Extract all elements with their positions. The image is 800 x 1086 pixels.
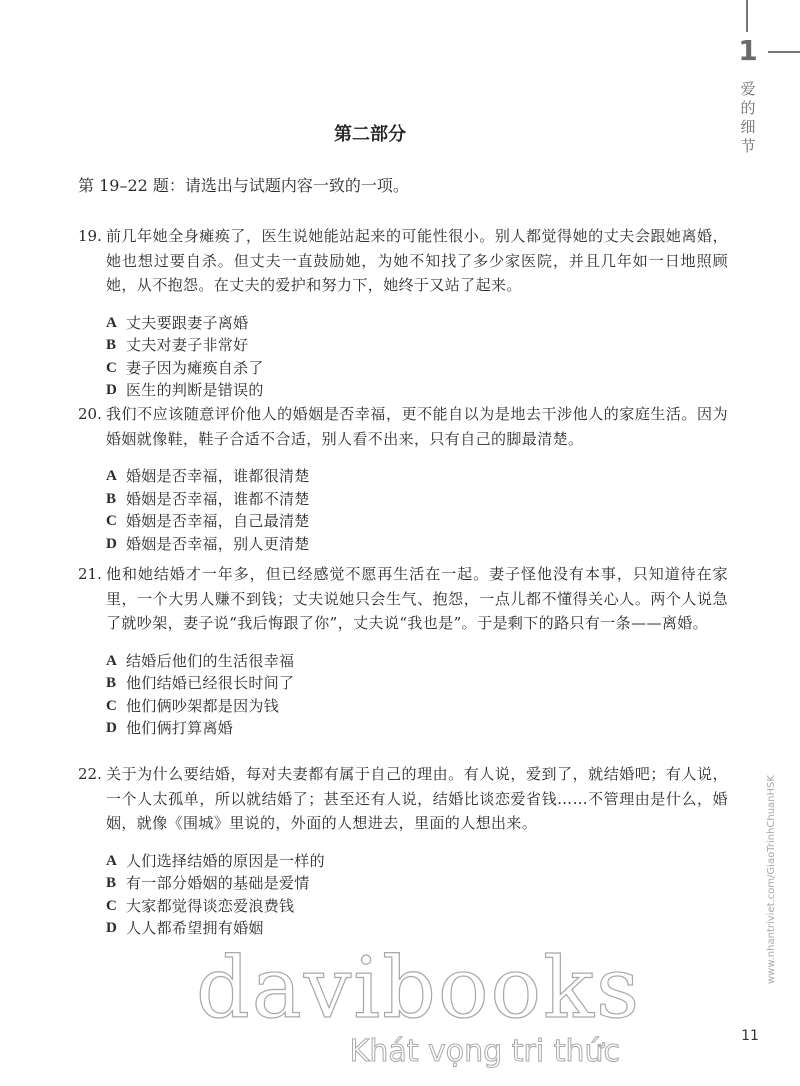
option-letter: C bbox=[106, 895, 126, 918]
question-20: 20. 我们不应该随意评价他人的婚姻是否幸福，更不能自以为是地去干涉他人的家庭生… bbox=[78, 402, 728, 555]
option-text: 人人都希望拥有婚姻 bbox=[126, 917, 264, 940]
question-text: 他和她结婚才一年多，但已经感觉不愿再生活在一起。妻子怪他没有本事，只知道待在家里… bbox=[106, 562, 728, 636]
option-letter: D bbox=[106, 533, 126, 556]
option-text: 婚姻是否幸福，别人更清楚 bbox=[126, 533, 310, 556]
option-letter: D bbox=[106, 379, 126, 402]
option-b[interactable]: B 丈夫对妻子非常好 bbox=[106, 334, 728, 357]
option-d[interactable]: D 婚姻是否幸福，别人更清楚 bbox=[106, 533, 728, 556]
chapter-number: 1 bbox=[737, 36, 759, 66]
option-a[interactable]: A 人们选择结婚的原因是一样的 bbox=[106, 850, 728, 873]
option-text: 他们俩打算离婚 bbox=[126, 717, 233, 740]
option-text: 有一部分婚姻的基础是爱情 bbox=[126, 872, 310, 895]
options-list: A 婚姻是否幸福，谁都很清楚 B 婚姻是否幸福，谁都不清楚 C 婚姻是否幸福，自… bbox=[78, 465, 728, 555]
option-c[interactable]: C 妻子因为瘫痪自杀了 bbox=[106, 357, 728, 380]
option-letter: B bbox=[106, 672, 126, 695]
option-letter: C bbox=[106, 510, 126, 533]
option-b[interactable]: B 有一部分婚姻的基础是爱情 bbox=[106, 872, 728, 895]
option-text: 婚姻是否幸福，自己最清楚 bbox=[126, 510, 310, 533]
option-a[interactable]: A 丈夫要跟妻子离婚 bbox=[106, 312, 728, 335]
option-letter: D bbox=[106, 917, 126, 940]
watermark-tagline: Khát vọng tri thức bbox=[300, 1032, 620, 1072]
option-letter: B bbox=[106, 334, 126, 357]
page-number: 11 bbox=[738, 1028, 762, 1044]
option-text: 丈夫要跟妻子离婚 bbox=[126, 312, 248, 335]
option-d[interactable]: D 医生的判断是错误的 bbox=[106, 379, 728, 402]
option-letter: D bbox=[106, 717, 126, 740]
option-letter: A bbox=[106, 312, 126, 335]
option-b[interactable]: B 他们结婚已经很长时间了 bbox=[106, 672, 728, 695]
instruction: 第 19–22 题：请选出与试题内容一致的一项。 bbox=[78, 173, 409, 196]
question-22: 22. 关于为什么要结婚，每对夫妻都有属于自己的理由。有人说，爱到了，就结婚吧；… bbox=[78, 762, 728, 940]
option-text: 大家都觉得谈恋爱浪费钱 bbox=[126, 895, 294, 918]
chapter-marker-vertical-line bbox=[746, 0, 748, 32]
option-text: 妻子因为瘫痪自杀了 bbox=[126, 357, 264, 380]
option-text: 医生的判断是错误的 bbox=[126, 379, 264, 402]
option-text: 婚姻是否幸福，谁都很清楚 bbox=[126, 465, 310, 488]
chapter-title: 爱的细节 bbox=[736, 80, 760, 156]
option-text: 结婚后他们的生活很幸福 bbox=[126, 650, 294, 673]
option-text: 他们结婚已经很长时间了 bbox=[126, 672, 294, 695]
option-text: 人们选择结婚的原因是一样的 bbox=[126, 850, 325, 873]
option-letter: B bbox=[106, 872, 126, 895]
question-21: 21. 他和她结婚才一年多，但已经感觉不愿再生活在一起。妻子怪他没有本事，只知道… bbox=[78, 562, 728, 740]
question-number: 19. bbox=[78, 224, 106, 298]
option-a[interactable]: A 结婚后他们的生活很幸福 bbox=[106, 650, 728, 673]
option-c[interactable]: C 婚姻是否幸福，自己最清楚 bbox=[106, 510, 728, 533]
question-text: 前几年她全身瘫痪了，医生说她能站起来的可能性很小。别人都觉得她的丈夫会跟她离婚，… bbox=[106, 224, 728, 298]
option-text: 婚姻是否幸福，谁都不清楚 bbox=[126, 488, 310, 511]
option-a[interactable]: A 婚姻是否幸福，谁都很清楚 bbox=[106, 465, 728, 488]
option-b[interactable]: B 婚姻是否幸福，谁都不清楚 bbox=[106, 488, 728, 511]
question-number: 22. bbox=[78, 762, 106, 836]
option-text: 丈夫对妻子非常好 bbox=[126, 334, 248, 357]
side-url: www.nhantriviet.com/GiaoTrinhChuanHSK bbox=[765, 804, 779, 984]
option-letter: A bbox=[106, 465, 126, 488]
option-letter: A bbox=[106, 850, 126, 873]
option-d[interactable]: D 人人都希望拥有婚姻 bbox=[106, 917, 728, 940]
option-d[interactable]: D 他们俩打算离婚 bbox=[106, 717, 728, 740]
section-title: 第二部分 bbox=[290, 120, 450, 146]
option-letter: C bbox=[106, 357, 126, 380]
option-c[interactable]: C 大家都觉得谈恋爱浪费钱 bbox=[106, 895, 728, 918]
question-19: 19. 前几年她全身瘫痪了，医生说她能站起来的可能性很小。别人都觉得她的丈夫会跟… bbox=[78, 224, 728, 402]
options-list: A 丈夫要跟妻子离婚 B 丈夫对妻子非常好 C 妻子因为瘫痪自杀了 D 医生的判… bbox=[78, 312, 728, 402]
option-c[interactable]: C 他们俩吵架都是因为钱 bbox=[106, 695, 728, 718]
chapter-marker-horizontal-line bbox=[768, 51, 800, 53]
options-list: A 结婚后他们的生活很幸福 B 他们结婚已经很长时间了 C 他们俩吵架都是因为钱… bbox=[78, 650, 728, 740]
options-list: A 人们选择结婚的原因是一样的 B 有一部分婚姻的基础是爱情 C 大家都觉得谈恋… bbox=[78, 850, 728, 940]
watermark-brand: davibooks bbox=[196, 938, 596, 1038]
option-letter: B bbox=[106, 488, 126, 511]
question-number: 21. bbox=[78, 562, 106, 636]
option-text: 他们俩吵架都是因为钱 bbox=[126, 695, 279, 718]
question-text: 关于为什么要结婚，每对夫妻都有属于自己的理由。有人说，爱到了，就结婚吧；有人说，… bbox=[106, 762, 728, 836]
option-letter: A bbox=[106, 650, 126, 673]
question-number: 20. bbox=[78, 402, 106, 451]
question-text: 我们不应该随意评价他人的婚姻是否幸福，更不能自以为是地去干涉他人的家庭生活。因为… bbox=[106, 402, 728, 451]
option-letter: C bbox=[106, 695, 126, 718]
